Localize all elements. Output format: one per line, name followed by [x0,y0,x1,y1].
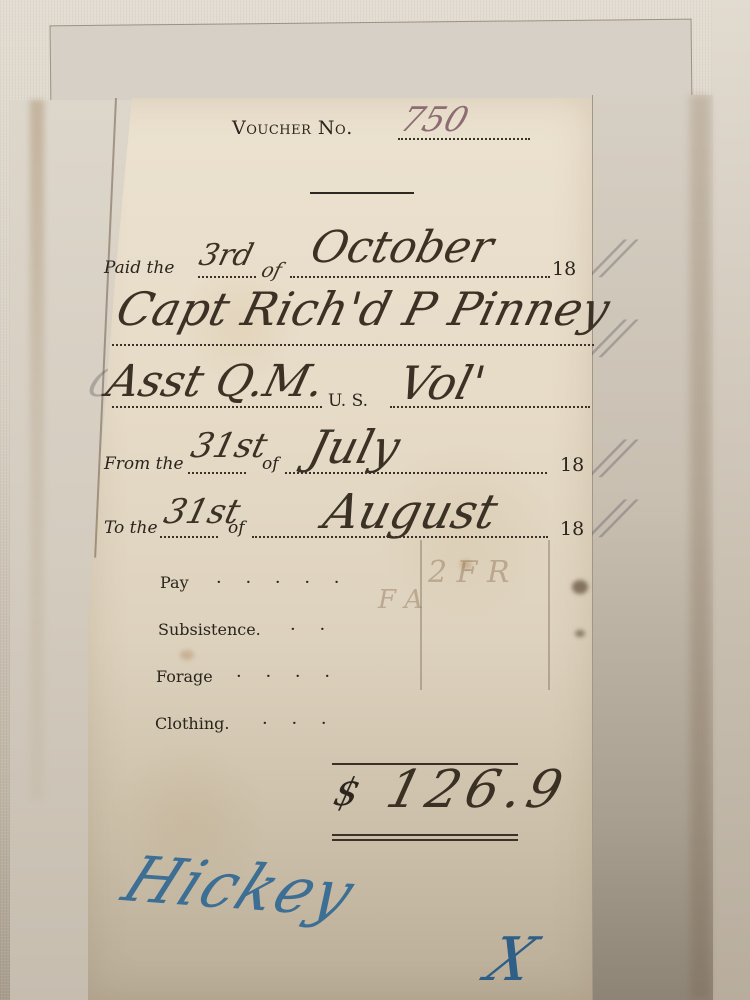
ledger-forage-label: Forage [156,667,213,686]
to-month: August [318,484,503,540]
header-rule [310,192,414,194]
unit-suffix: Vol' [393,356,491,410]
blue-pencil-signature: Hickey [112,842,367,931]
foxing-stain [460,560,472,570]
to-day-line [160,536,218,538]
paid-day-line [198,276,256,278]
from-the-label: From the [104,454,184,474]
ink-blot [575,630,585,637]
unit-us-label: U. S. [328,391,368,411]
ledger-clothing-label: Clothing. [155,714,229,733]
from-day-line [188,472,246,474]
ledger-subsistence-label: Subsistence. [158,620,261,639]
paid-the-label: Paid the [104,258,174,278]
paid-day: 3rd [196,238,257,273]
total-amount: 126.9 [381,760,575,820]
faint-pencil-line [548,540,550,690]
ledger-clothing-dots: · · · [262,713,336,734]
foxing-stain [180,650,194,660]
from-year-prefix: 18 [560,454,584,476]
faint-pencil-line [420,540,422,690]
voucher-title: Voucher No. [232,117,353,139]
to-of: of [228,518,245,538]
ledger-forage-dots: · · · · [236,666,339,687]
fabric-edge-right [712,0,750,1000]
ledger-subsistence-dots: · · [290,619,334,640]
paid-month: October [306,222,499,273]
faint-pencil-mark: F A [378,585,423,615]
left-water-stain [30,100,44,800]
total-rule-bottom-2 [332,839,518,841]
to-the-label: To the [104,518,158,538]
from-day: 31st [187,426,271,466]
ledger-pay-dots: · · · · · [216,572,349,593]
voucher-number: 750 [396,100,474,140]
to-year-prefix: 18 [560,518,584,540]
payee-line [112,344,594,346]
paid-month-line [290,276,550,278]
from-month: July [303,420,405,474]
ink-blot [572,580,588,594]
from-of: of [262,454,279,474]
payee-name: Capt Rich'd P Pinney [111,282,615,336]
right-edge-stain [690,95,710,1000]
ledger-pay-label: Pay [160,573,189,592]
paid-year-prefix: 18 [552,258,576,280]
photo-scene: // // // // C Voucher No. 750 Paid the 3… [0,0,750,1000]
unit-rank: Asst Q.M. [102,356,330,407]
total-rule-bottom-1 [332,834,518,836]
